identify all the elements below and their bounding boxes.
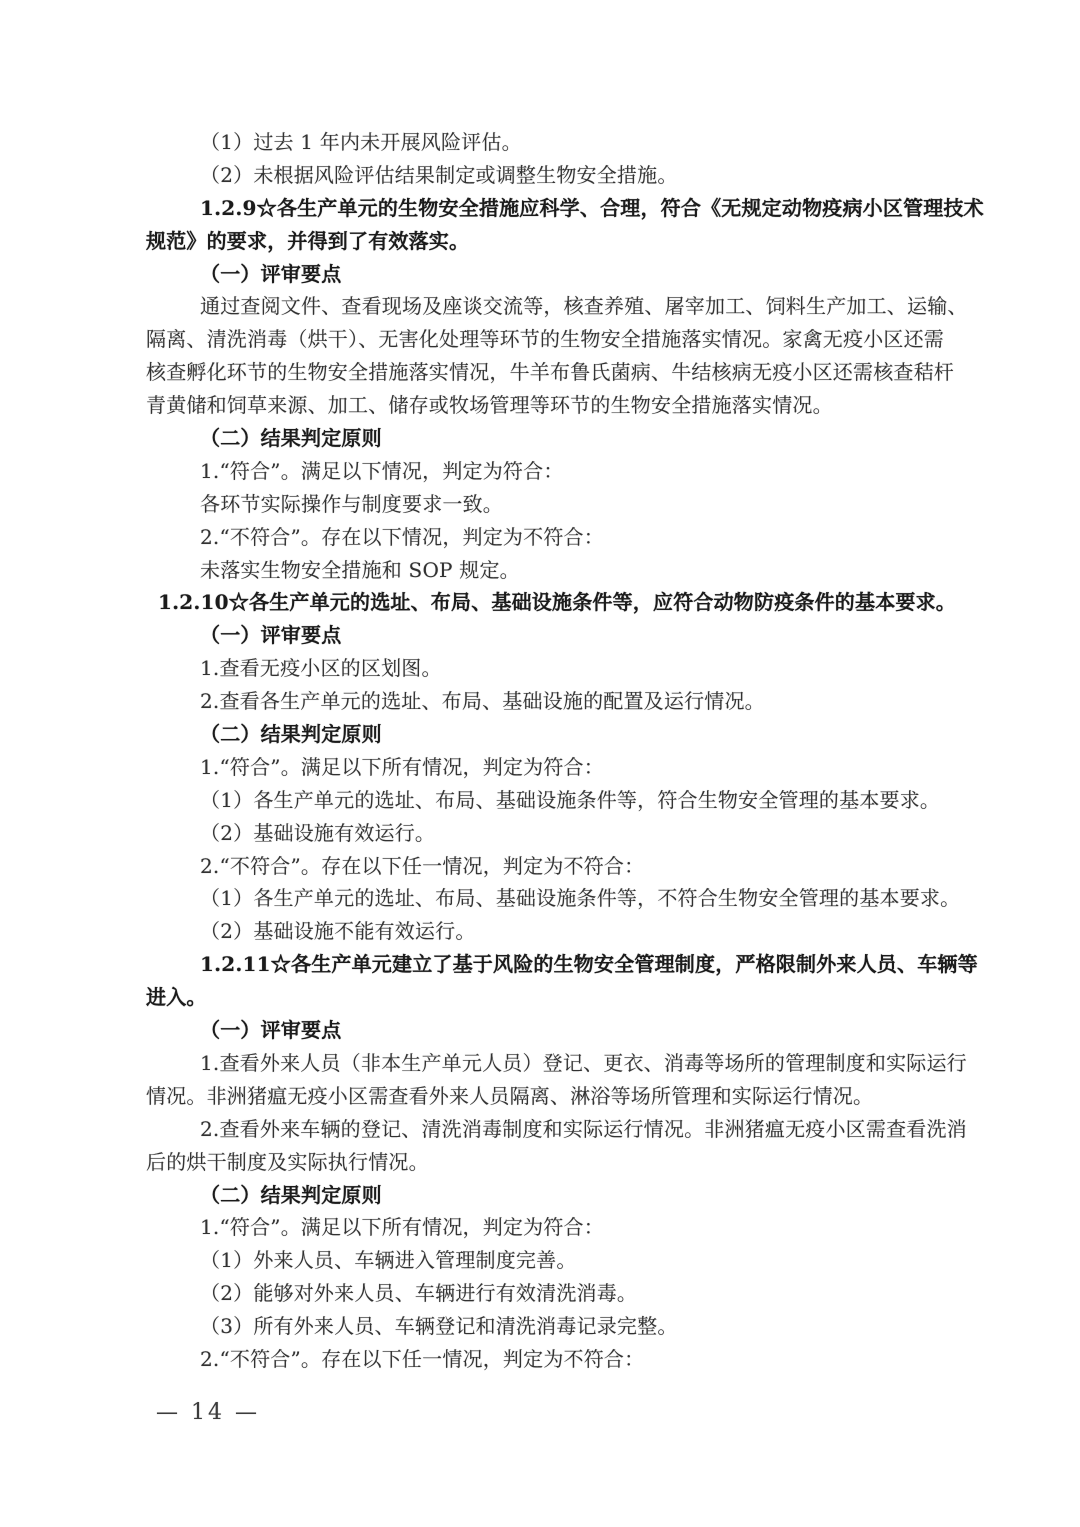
text-line: （一）评审要点 xyxy=(146,258,946,291)
text-line: （3）所有外来人员、车辆登记和清洗消毒记录完整。 xyxy=(146,1310,946,1343)
text-line: 2.“不符合”。存在以下任一情况，判定为不符合： xyxy=(146,850,946,883)
text-line: （一）评审要点 xyxy=(146,1014,946,1047)
document-content: （1）过去 1 年内未开展风险评估。（2）未根据风险评估结果制定或调整生物安全措… xyxy=(146,126,946,1376)
text-line: 隔离、清洗消毒（烘干）、无害化处理等环节的生物安全措施落实情况。家禽无疫小区还需 xyxy=(146,323,946,356)
text-line: 1.“符合”。满足以下所有情况，判定为符合： xyxy=(146,1211,946,1244)
text-line: 1.2.10☆各生产单元的选址、布局、基础设施条件等，应符合动物防疫条件的基本要… xyxy=(146,586,946,619)
text-line: 进入。 xyxy=(146,981,946,1014)
document-page: （1）过去 1 年内未开展风险评估。（2）未根据风险评估结果制定或调整生物安全措… xyxy=(0,0,1080,1527)
text-line: （二）结果判定原则 xyxy=(146,422,946,455)
text-line: 2.查看外来车辆的登记、清洗消毒制度和实际运行情况。非洲猪瘟无疫小区需查看洗消 xyxy=(146,1113,946,1146)
text-line: （2）基础设施有效运行。 xyxy=(146,817,946,850)
text-line: 核查孵化环节的生物安全措施落实情况，牛羊布鲁氏菌病、牛结核病无疫小区还需核查秸杆 xyxy=(146,356,946,389)
text-line: 情况。非洲猪瘟无疫小区需查看外来人员隔离、淋浴等场所管理和实际运行情况。 xyxy=(146,1080,946,1113)
text-line: （2）基础设施不能有效运行。 xyxy=(146,915,946,948)
text-line: 1.“符合”。满足以下所有情况，判定为符合： xyxy=(146,751,946,784)
text-line: 后的烘干制度及实际执行情况。 xyxy=(146,1146,946,1179)
text-line: （1）各生产单元的选址、布局、基础设施条件等，符合生物安全管理的基本要求。 xyxy=(146,784,946,817)
text-line: （1）各生产单元的选址、布局、基础设施条件等，不符合生物安全管理的基本要求。 xyxy=(146,882,946,915)
text-line: 1.查看无疫小区的区划图。 xyxy=(146,652,946,685)
page-number: — 14 — xyxy=(156,1398,260,1428)
text-line: 未落实生物安全措施和 SOP 规定。 xyxy=(146,554,946,587)
text-line: 2.“不符合”。存在以下情况，判定为不符合： xyxy=(146,521,946,554)
text-line: （二）结果判定原则 xyxy=(146,718,946,751)
text-line: 1.“符合”。满足以下情况，判定为符合： xyxy=(146,455,946,488)
text-line: 2.查看各生产单元的选址、布局、基础设施的配置及运行情况。 xyxy=(146,685,946,718)
text-line: 1.2.11☆各生产单元建立了基于风险的生物安全管理制度，严格限制外来人员、车辆… xyxy=(146,948,946,981)
text-line: 青黄储和饲草来源、加工、储存或牧场管理等环节的生物安全措施落实情况。 xyxy=(146,389,946,422)
text-line: （二）结果判定原则 xyxy=(146,1179,946,1212)
text-line: 通过查阅文件、查看现场及座谈交流等，核查养殖、屠宰加工、饲料生产加工、运输、 xyxy=(146,290,946,323)
text-line: 1.2.9☆各生产单元的生物安全措施应科学、合理，符合《无规定动物疫病小区管理技… xyxy=(146,192,946,225)
text-line: （1）过去 1 年内未开展风险评估。 xyxy=(146,126,946,159)
text-line: （1）外来人员、车辆进入管理制度完善。 xyxy=(146,1244,946,1277)
text-line: 各环节实际操作与制度要求一致。 xyxy=(146,488,946,521)
text-line: （2）能够对外来人员、车辆进行有效清洗消毒。 xyxy=(146,1277,946,1310)
text-line: 2.“不符合”。存在以下任一情况，判定为不符合： xyxy=(146,1343,946,1376)
text-line: 规范》的要求，并得到了有效落实。 xyxy=(146,225,946,258)
text-line: （2）未根据风险评估结果制定或调整生物安全措施。 xyxy=(146,159,946,192)
text-line: 1.查看外来人员（非本生产单元人员）登记、更衣、消毒等场所的管理制度和实际运行 xyxy=(146,1047,946,1080)
text-line: （一）评审要点 xyxy=(146,619,946,652)
